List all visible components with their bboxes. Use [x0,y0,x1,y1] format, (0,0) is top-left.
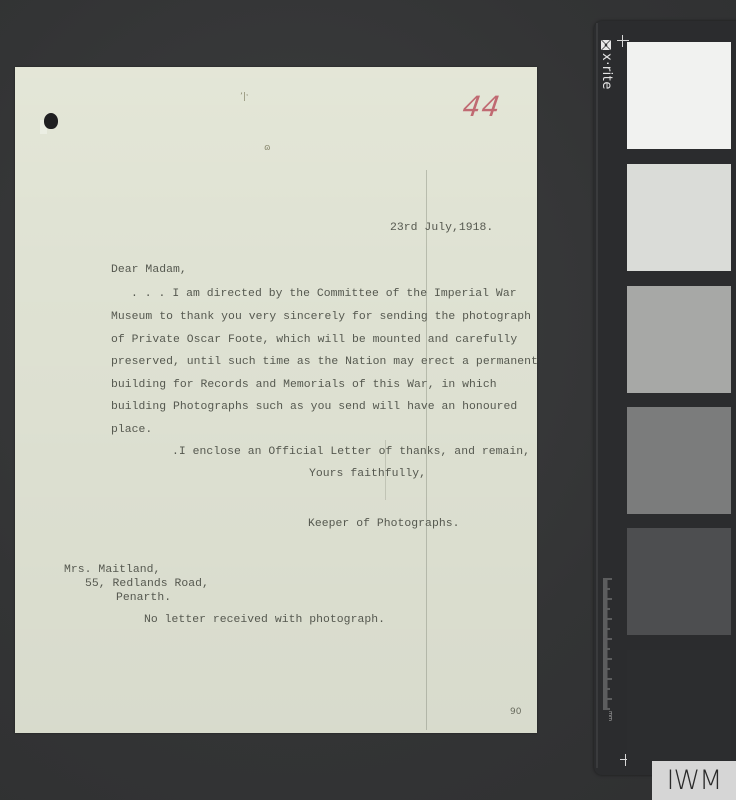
salutation: Dear Madam, [111,264,187,276]
page-number: 90 [510,707,521,717]
color-patch-2 [627,164,731,271]
body-line: place. [111,424,152,436]
signatory: Keeper of Photographs. [308,518,459,530]
xrite-logo-icon [600,39,612,51]
brand-label: x·rite [599,53,614,90]
letter-page [15,67,537,733]
body-line: preserved, until such time as the Nation… [111,356,538,368]
color-patch-1 [627,42,731,149]
color-patch-6 [627,650,731,760]
punch-hole [44,113,58,129]
color-patch-3 [627,286,731,393]
body-line: building Photographs such as you send wi… [111,401,517,413]
body-line: . . . I am directed by the Committee of … [131,288,517,300]
ruler-unit-label: mm [607,711,613,721]
ink-mark: ɷ [264,143,271,153]
valediction: Yours faithfully, [309,468,426,480]
note-line: No letter received with photograph. [144,614,385,626]
card-edge [596,23,598,768]
ink-mark: ʼ|ˑ [240,92,249,102]
body-line: of Private Oscar Foote, which will be mo… [111,334,517,346]
letter-date: 23rd July,1918. [390,222,493,234]
folio-number: 44 [461,90,503,123]
body-line: building for Records and Memorials of th… [111,379,497,391]
closing-line: .I enclose an Official Letter of thanks,… [172,446,530,458]
body-line: Museum to thank you very sincerely for s… [111,311,531,323]
iwm-watermark: IWM [652,761,736,800]
color-patch-5 [627,528,731,635]
recipient-name: Mrs. Maitland, [64,564,160,576]
recipient-street: 55, Redlands Road, [85,578,209,590]
recipient-town: Penarth. [116,592,171,604]
mm-ruler [603,578,613,710]
color-patch-4 [627,407,731,514]
